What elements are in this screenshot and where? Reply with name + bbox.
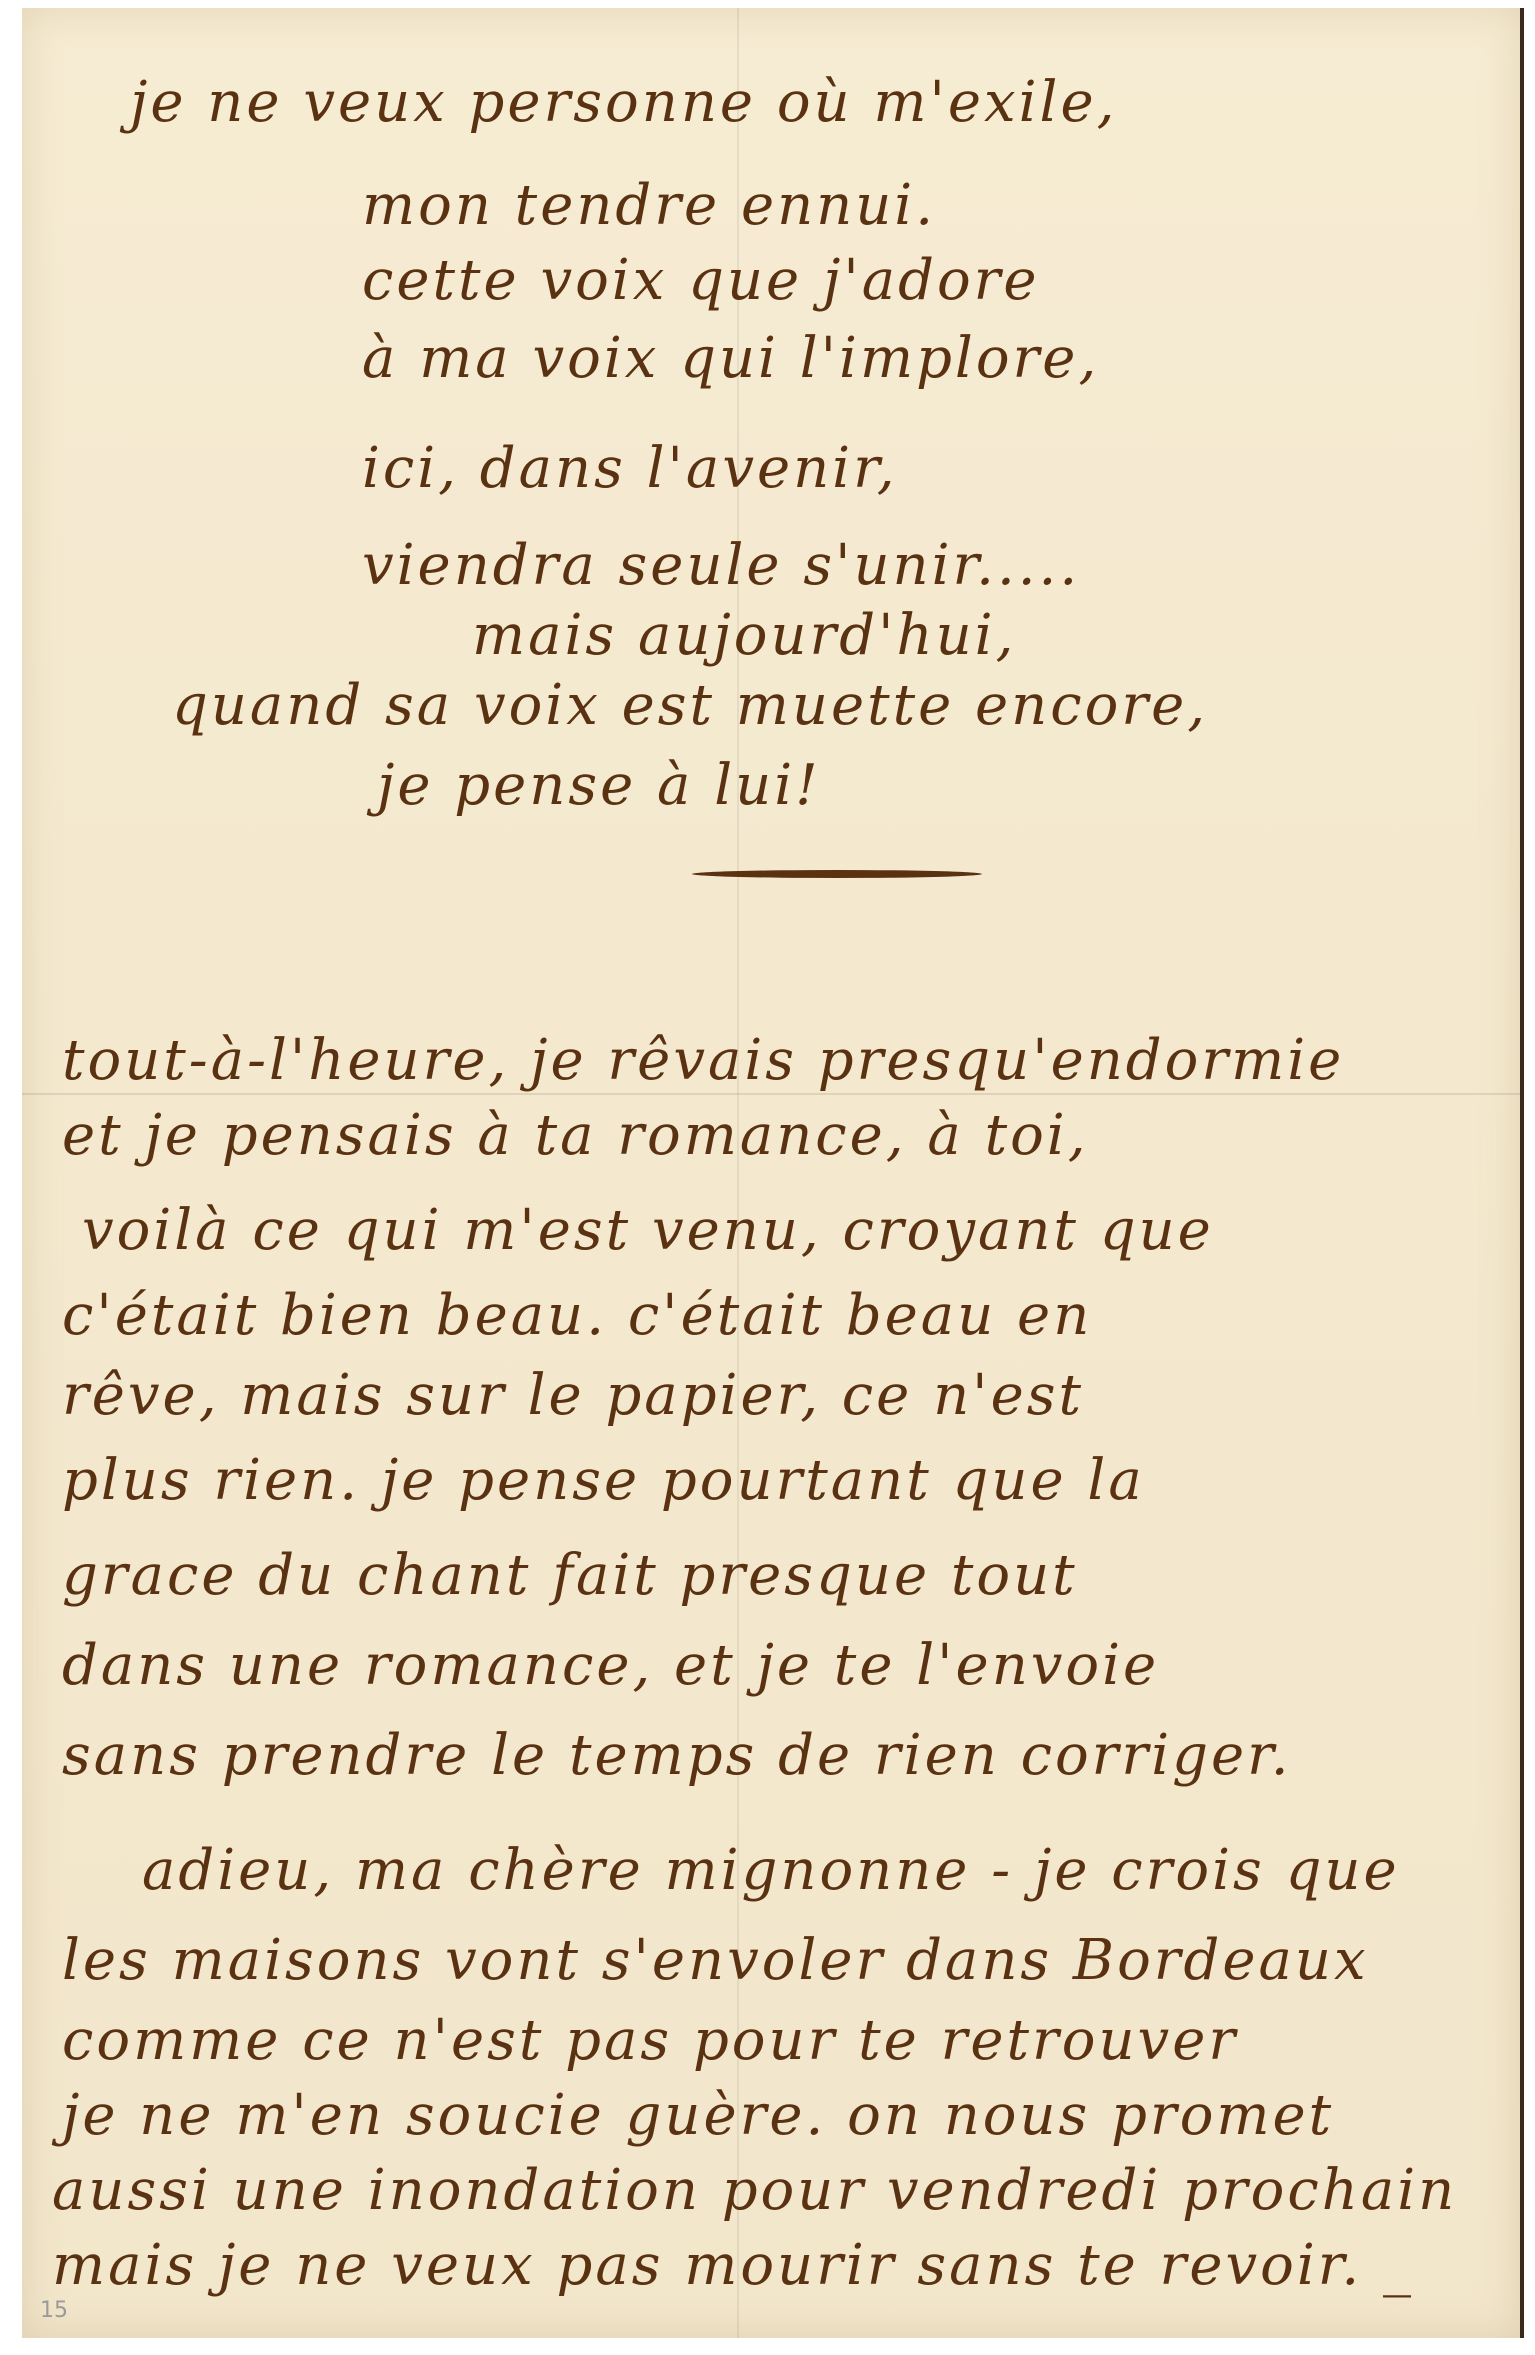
letter-line: c'était bien beau. c'était beau en [62, 1283, 1092, 1348]
letter-line: mais je ne veux pas mourir sans te revoi… [52, 2233, 1414, 2298]
letter-line: grace du chant fait presque tout [62, 1543, 1078, 1608]
poem-line: ici, dans l'avenir, [362, 436, 898, 501]
poem-line: cette voix que j'adore [362, 248, 1040, 313]
poem-line: viendra seule s'unir..... [362, 533, 1080, 598]
poem-line: à ma voix qui l'implore, [362, 326, 1099, 391]
letter-line: plus rien. je pense pourtant que la [62, 1448, 1145, 1513]
letter-line: et je pensais à ta romance, à toi, [62, 1103, 1089, 1168]
letter-line: les maisons vont s'envoler dans Bordeaux [62, 1928, 1369, 1993]
poem-line: mon tendre ennui. [362, 173, 936, 238]
letter-line: aussi une inondation pour vendredi proch… [52, 2158, 1457, 2223]
poem-line: je pense à lui! [377, 753, 821, 818]
section-divider [692, 870, 982, 878]
letter-line: sans prendre le temps de rien corriger. [62, 1723, 1292, 1788]
letter-page: je ne veux personne où m'exile, mon tend… [22, 8, 1524, 2338]
poem-line: je ne veux personne où m'exile, [130, 70, 1117, 135]
letter-line: comme ce n'est pas pour te retrouver [62, 2008, 1238, 2073]
letter-line: je ne m'en soucie guère. on nous promet [62, 2083, 1334, 2148]
letter-line: rêve, mais sur le papier, ce n'est [62, 1363, 1084, 1428]
letter-line: tout-à-l'heure, je rêvais presqu'endormi… [62, 1028, 1344, 1093]
letter-line: adieu, ma chère mignonne - je crois que [142, 1838, 1400, 1903]
poem-line: mais aujourd'hui, [472, 603, 1016, 668]
letter-line: voilà ce qui m'est venu, croyant que [82, 1198, 1214, 1263]
poem-line: quand sa voix est muette encore, [172, 673, 1208, 738]
letter-line: dans une romance, et je te l'envoie [62, 1633, 1159, 1698]
pencil-page-number: 15 [40, 2298, 68, 2323]
paper-fold [22, 1093, 1520, 1095]
